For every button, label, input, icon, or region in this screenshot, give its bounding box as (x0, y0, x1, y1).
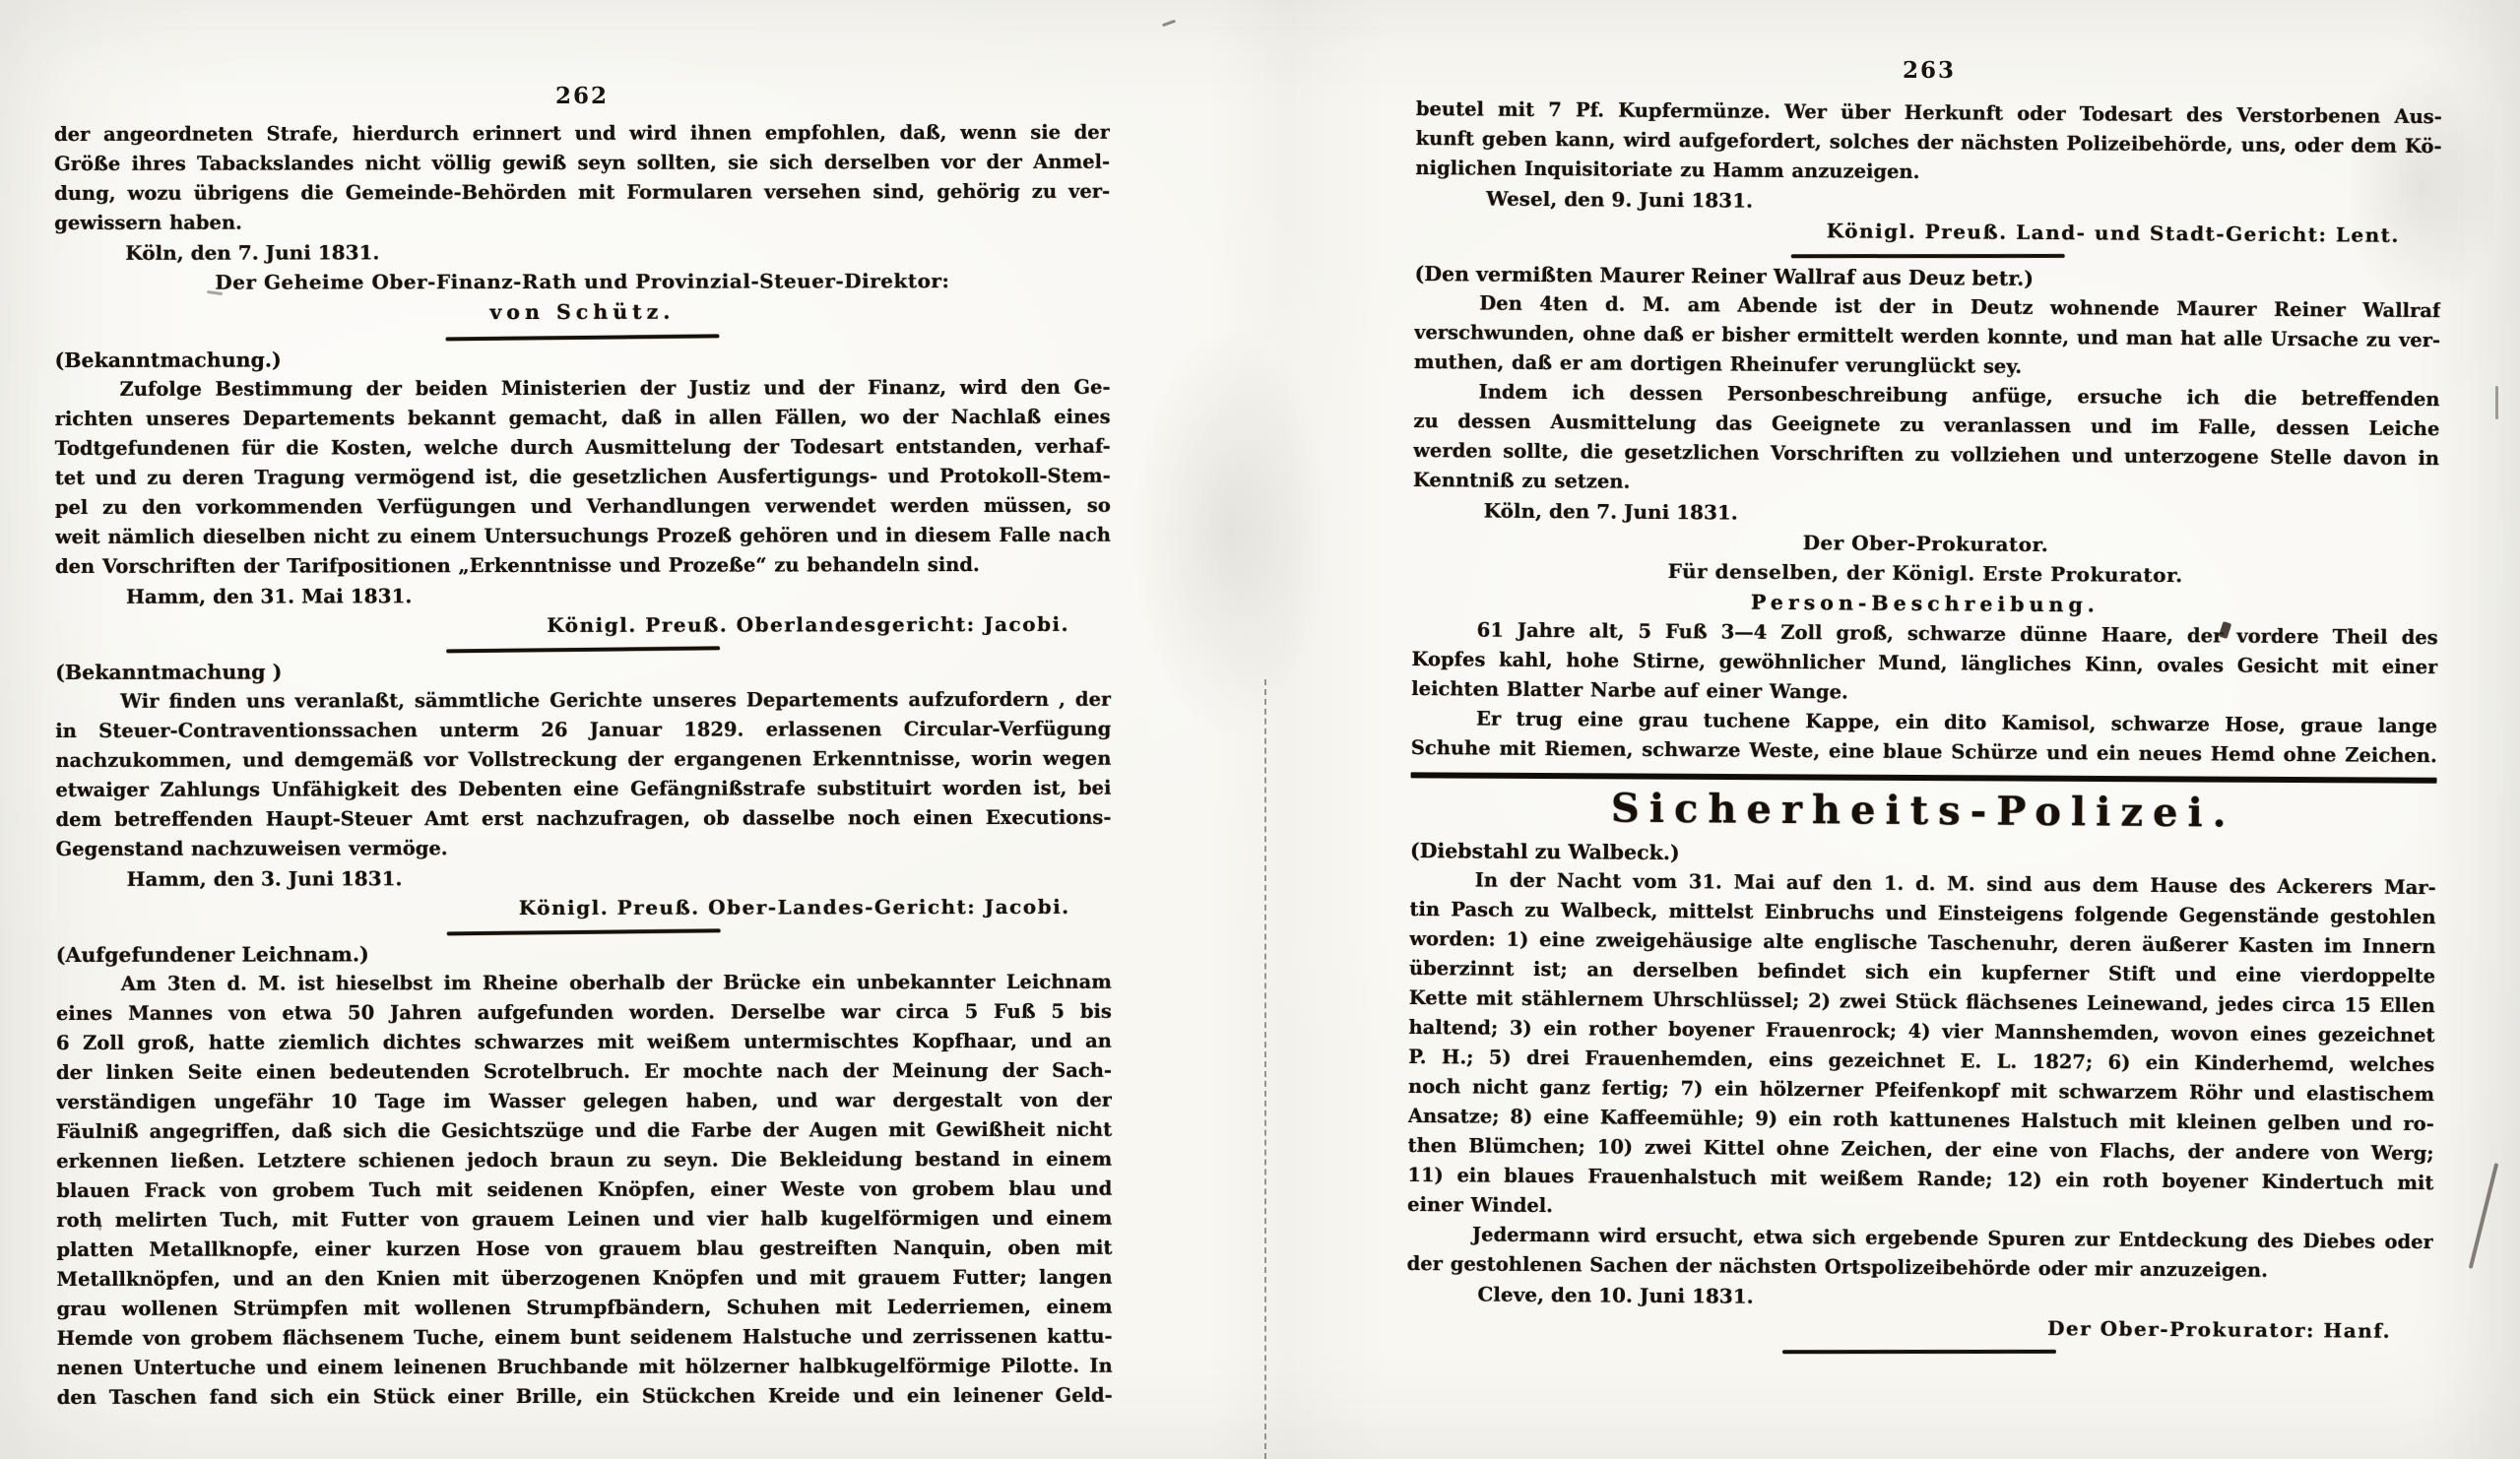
scan-edge-mark (2495, 386, 2498, 419)
scan-speck (1162, 20, 1176, 28)
paragraph: Jedermann wird ersucht, etwa sich ergebe… (1407, 1220, 2433, 1287)
text-line: Todtgefundenen für die Kosten, welche du… (55, 432, 1111, 464)
paragraph: In der Nacht vom 31. Mai auf den 1. d. M… (1407, 865, 2436, 1228)
text-line: den Taschen fand sich ein Stück einer Br… (57, 1381, 1113, 1413)
text-line: nachzukommen, und demgemäß vor Vollstrec… (55, 744, 1111, 776)
text-line: dung, wozu übrigens die Gemeinde-Behörde… (54, 177, 1110, 209)
text-line: etwaiger Zahlungs Unfähigkeit des Debent… (55, 774, 1111, 805)
paragraph: Wir finden uns veranlaßt, sämmtliche Ger… (55, 685, 1111, 864)
text-line: der angeordneten Strafe, hierdurch erinn… (54, 118, 1110, 150)
paragraph: Er trug eine grau tuchene Kappe, ein dit… (1411, 704, 2437, 771)
scan-smudge (1132, 325, 1329, 738)
text-line: Gegenstand nachzuweisen vermöge. (56, 833, 1112, 864)
article-heading: (Aufgefundener Leichnam.) (56, 938, 1112, 970)
signature-line: Königl. Preuß. Ober-Landes-Gericht: Jaco… (56, 892, 1112, 923)
text-line: 6 Zoll groß, hatte ziemlich dichtes schw… (56, 1027, 1112, 1058)
text-line: pel zu den vorkommenden Verfügungen und … (55, 491, 1111, 523)
text-line: erkennen ließen. Letztere schienen jedoc… (56, 1145, 1112, 1176)
text-column-right: beutel mit 7 Pf. Kupfermünze. Wer über H… (1406, 95, 2442, 1363)
text-line: Am 3ten d. M. ist hieselbst im Rheine ob… (56, 968, 1112, 999)
scan-edge-mark (2469, 1163, 2498, 1269)
text-column-left: der angeordneten Strafe, hierdurch erinn… (54, 118, 1113, 1413)
article-heading: (Bekanntmachung ) (55, 656, 1111, 687)
section-divider (1782, 1350, 2056, 1354)
document-scan: 262 263 der angeordneten Strafe, hierdur… (0, 0, 2520, 1459)
text-line: den Vorschriften der Tarifpositionen „Er… (55, 550, 1111, 582)
text-line: gewissern haben. (54, 207, 1110, 238)
section-title: Sicherheits-Polizei. (1410, 783, 2436, 840)
paragraph: Am 3ten d. M. ist hieselbst im Rheine ob… (56, 968, 1113, 1413)
section-divider (1791, 254, 2065, 258)
text-line: eines Mannes von etwa 50 Jahren aufgefun… (56, 997, 1112, 1029)
text-line: der linken Seite einen bedeutenden Scrot… (56, 1056, 1112, 1088)
text-line: blauen Frack von grobem Tuch mit seidene… (56, 1174, 1112, 1206)
paragraph: 61 Jahre alt, 5 Fuß 3—4 Zoll groß, schwa… (1411, 615, 2438, 712)
text-line: Wir finden uns veranlaßt, sämmtliche Ger… (55, 685, 1111, 717)
text-line: tet und zu deren Tragung vermögend ist, … (55, 462, 1111, 493)
text-line: platten Metallknopfe, einer kurzen Hose … (56, 1234, 1112, 1265)
paragraph: Zufolge Bestimmung der beiden Ministerie… (55, 373, 1111, 582)
paragraph: beutel mit 7 Pf. Kupfermünze. Wer über H… (1415, 95, 2442, 191)
paragraph: Den 4ten d. M. am Abende ist der in Deut… (1414, 288, 2441, 385)
text-line: Metallknöpfen, und an den Knien mit über… (56, 1263, 1112, 1295)
section-divider-thick (1411, 772, 2437, 783)
text-line: dem betreffenden Haupt-Steuer Amt erst n… (55, 803, 1111, 835)
text-line: roth melirten Tuch, mit Futter von graue… (56, 1204, 1112, 1236)
paragraph: Indem ich dessen Personbeschreibung anfü… (1413, 377, 2440, 503)
text-line: Zufolge Bestimmung der beiden Ministerie… (55, 373, 1111, 405)
dateline: Hamm, den 3. Juni 1831. (56, 862, 1112, 894)
section-divider (447, 928, 721, 935)
section-divider (446, 646, 720, 653)
text-line: Fäulniß angegriffen, daß sich die Gesich… (56, 1115, 1112, 1147)
dateline: Köln, den 7. Juni 1831. (54, 236, 1110, 268)
text-line: Größe ihres Tabackslandes nicht völlig g… (54, 148, 1110, 179)
page-number-right: 263 (1416, 57, 2442, 84)
page-fold-line (1264, 679, 1266, 1459)
section-divider (445, 334, 719, 341)
text-line: weit nämlich dieselben nicht zu einem Un… (55, 521, 1111, 552)
signature-line: Königl. Preuß. Oberlandesgericht: Jacobi… (55, 609, 1111, 641)
paragraph: der angeordneten Strafe, hierdurch erinn… (54, 118, 1110, 238)
dateline: Hamm, den 31. Mai 1831. (55, 580, 1111, 611)
scan-speck (98, 1221, 101, 1231)
text-line: richten unseres Departements bekannt gem… (55, 403, 1111, 434)
text-line: verständigen ungefähr 10 Tage im Wasser … (56, 1086, 1112, 1117)
article-heading: (Bekanntmachung.) (54, 344, 1110, 375)
text-line: grau wollenen Strümpfen mit wollenen Str… (56, 1293, 1112, 1324)
signature-name: von Schütz. (54, 295, 1110, 329)
page-number-left: 262 (54, 83, 1110, 109)
text-line: Hemde von grobem flächsenem Tuche, einem… (57, 1322, 1113, 1354)
text-line: in Steuer-Contraventionssachen unterm 26… (55, 715, 1111, 746)
text-line: nenen Untertuche und einem leinenen Bruc… (57, 1352, 1113, 1383)
